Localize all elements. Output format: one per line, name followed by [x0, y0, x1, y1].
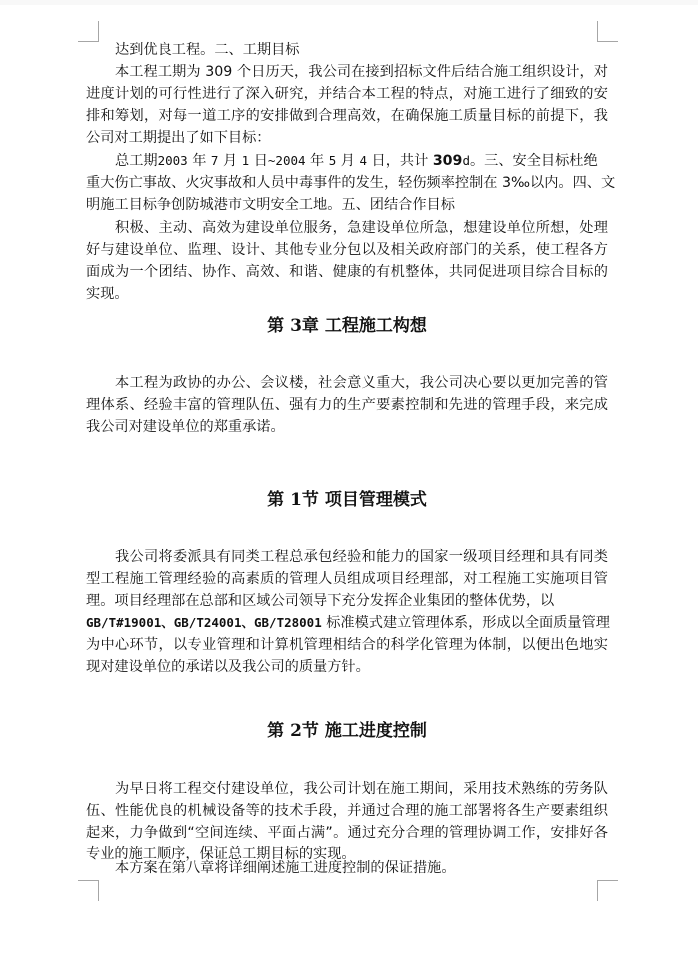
paragraph-line: 本工程工期为 309 个日历天，我公司在接到招标文件后结合施工组织设计，对: [115, 61, 608, 83]
crop-mark-bottom-left: [78, 880, 99, 901]
paragraph-line: 型工程施工管理经验的高素质的管理人员组成项目经理部，对工程施工实施项目管: [86, 568, 608, 590]
text-fragment: 年: [188, 153, 211, 169]
chapter-heading: 第 3章 工程施工构想: [86, 314, 608, 338]
paragraph-line: 面成为一个团结、协作、高效、和谐、健康的有机整体，共同促进项目综合目标的: [86, 261, 608, 283]
paragraph-line: 公司对工期提出了如下目标：: [86, 127, 608, 149]
paragraph-line: 理。项目经理部在总部和区域公司领导下充分发挥企业集团的整体优势，以: [86, 590, 608, 612]
paragraph-line: 理体系、经验丰富的管理队伍、强有力的生产要素控制和先进的管理手段，来完成: [86, 394, 608, 416]
top-edge-band: [0, 0, 698, 5]
paragraph-line: 我公司将委派具有同类工程总承包经验和能力的国家一级项目经理和具有同类: [115, 546, 608, 568]
days-unit: d: [462, 153, 470, 168]
paragraph-line: 积极、主动、高效为建设单位服务，急建设单位所急，想建设单位所想，处理: [115, 217, 608, 239]
text-fragment: 。三、安全目标杜绝: [470, 153, 598, 169]
section-heading: 第 1节 项目管理模式: [86, 488, 608, 512]
day-end: 4: [360, 153, 368, 168]
paragraph-line: 达到优良工程。二、工期目标: [115, 39, 608, 61]
schedule-line: 总工期2003 年 7 月 1 日~2004 年 5 月 4 日，共计 309d…: [115, 150, 608, 172]
paragraph-line: 现对建设单位的承诺以及我公司的质量方针。: [86, 656, 608, 678]
standards-line: GB/T#19001、GB/T24001、GB/T28001 标准模式建立管理体…: [86, 612, 608, 634]
text-fragment: 月: [218, 153, 241, 169]
paragraph-line: 重大伤亡事故、火灾事故和人员中毒事件的发生，轻伤频率控制在 3‰以内。四、文: [86, 172, 608, 194]
year-start: 2003: [158, 153, 188, 168]
paragraph-line: 为早日将工程交付建设单位，我公司计划在施工期间，采用技术熟练的劳务队: [115, 778, 608, 800]
paragraph-line: 好与建设单位、监理、设计、其他专业分包以及相关政府部门的关系，使工程各方: [86, 239, 608, 261]
paragraph-line: 伍、性能优良的机械设备等的技术手段，并通过合理的施工部署将各生产要素组织: [86, 800, 608, 822]
text-fragment: 总工期: [115, 153, 158, 169]
paragraph-line: 排和筹划，对每一道工序的安排做到合理高效，在确保施工质量目标的前提下，我: [86, 105, 608, 127]
text-fragment: 月: [336, 153, 359, 169]
section-heading: 第 2节 施工进度控制: [86, 719, 608, 743]
standards-codes: GB/T#19001、GB/T24001、GB/T28001: [86, 615, 322, 630]
text-fragment: 日: [249, 153, 268, 169]
text-fragment: 年: [306, 153, 329, 169]
text-fragment: 日，共计: [367, 153, 433, 169]
paragraph-line: 我公司对建设单位的郑重承诺。: [86, 416, 608, 438]
total-days: 309: [433, 153, 463, 169]
paragraph-line: 进度计划的可行性进行了深入研究，并结合本工程的特点，对施工进行了细致的安: [86, 83, 608, 105]
year-end: ~2004: [268, 153, 306, 168]
paragraph-line: 实现。: [86, 283, 608, 305]
paragraph-line: 本工程为政协的办公、会议楼，社会意义重大，我公司决心要以更加完善的管: [115, 372, 608, 394]
paragraph-line: 为中心环节，以专业管理和计算机管理相结合的科学化管理为体制，以便出色地实: [86, 634, 608, 656]
closing-line: 本方案在第八章将详细阐述施工进度控制的保证措施。: [115, 857, 608, 879]
crop-mark-bottom-right: [597, 880, 618, 901]
text-fragment: 标准模式建立管理体系，形成以全面质量管理: [322, 615, 610, 631]
crop-mark-top-left: [78, 21, 99, 42]
paragraph-line: 起来，力争做到“空间连续、平面占满”。通过充分合理的管理协调工作，安排好各: [86, 822, 608, 844]
paragraph-line: 明施工目标争创防城港市文明安全工地。五、团结合作目标: [86, 194, 608, 216]
